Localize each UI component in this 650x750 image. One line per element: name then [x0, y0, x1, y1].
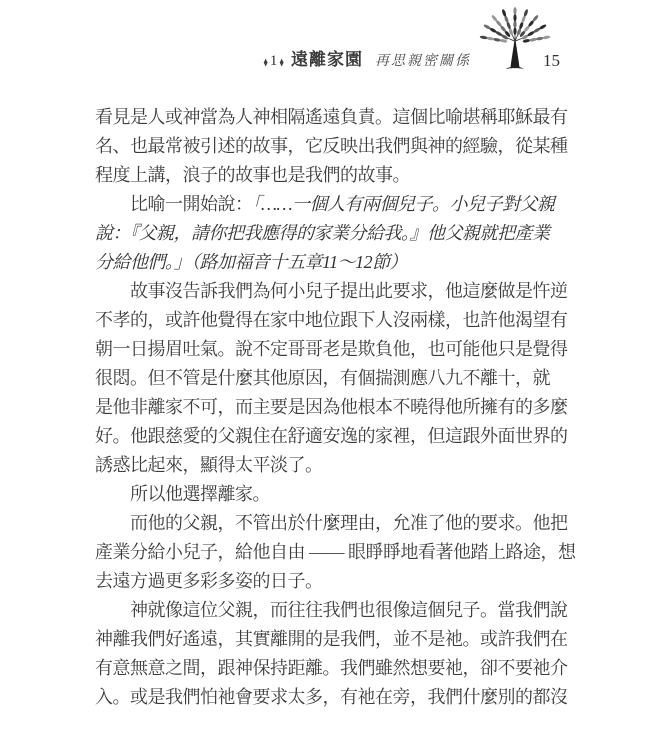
text-line: 分給他們。」（路加福音十五章11～12節） — [95, 248, 570, 277]
body-text: 看見是人或神當為人神相隔遙遠負責。這個比喻堪稱耶穌最有 名、也最常被引述的故事，… — [95, 103, 570, 712]
running-head: ♦ 1 ♦ 遠離家園 再思親密關係 — [261, 45, 471, 74]
text-line: 入。或是我們怕祂會要求太多，有祂在旁，我們什麼別的都沒 — [95, 683, 570, 712]
chapter-title: 遠離家園 — [291, 45, 363, 70]
text-line: 比喻一開始說：「……一個人有兩個兒子。小兒子對父親 — [95, 190, 570, 219]
text-line: 名、也最常被引述的故事，它反映出我們與神的經驗，從某種 — [95, 132, 570, 161]
leaf-ornament-icon: ♦ — [279, 55, 284, 70]
text-line: 朝一日揚眉吐氣。說不定哥哥老是欺負他，也可能他只是覺得 — [95, 335, 570, 364]
text-line: 神離我們好遙遠，其實離開的是我們，並不是祂。或許我們在 — [95, 625, 570, 654]
text-line: 產業分給小兒子，給他自由 —— 眼睜睜地看著他踏上路途，想 — [95, 538, 570, 567]
text-line: 不孝的，或許他覺得在家中地位跟下人沒兩樣，也許他渴望有 — [95, 306, 570, 335]
text-line: 神就像這位父親，而往往我們也很像這個兒子。當我們說 — [95, 596, 570, 625]
text-line: 有意無意之間，跟神保持距離。我們雖然想要祂，卻不要祂介 — [95, 654, 570, 683]
text-line: 去遠方過更多彩多姿的日子。 — [95, 567, 570, 596]
page-header: ♦ 1 ♦ 遠離家園 再思親密關係 — [261, 0, 560, 74]
text-line: 很悶。但不管是什麼其他原因，有個揣測應八九不離十，就 — [95, 364, 570, 393]
quote-lead: 比喻一開始說： — [130, 194, 253, 214]
text-line: 好。他跟慈愛的父親住在舒適安逸的家裡，但這跟外面世界的 — [95, 422, 570, 451]
text-line: 而他的父親，不管出於什麼理由，允准了他的要求。他把 — [95, 509, 570, 538]
text-line: 誘惑比起來，顯得太平淡了。 — [95, 451, 570, 480]
tree-icon — [473, 4, 557, 74]
leaf-ornament-icon: ♦ — [263, 55, 268, 70]
text-line: 說：『父親，請你把我應得的家業分給我。』他父親就把產業 — [95, 219, 570, 248]
text-line: 是他非離家不可，而主要是因為他根本不曉得他所擁有的多麼 — [95, 393, 570, 422]
scripture-quote: 「……一個人有兩個兒子。小兒子對父親 — [253, 194, 555, 214]
chapter-number: 1 — [270, 53, 278, 70]
text-line: 故事沒告訴我們為何小兒子提出此要求，他這麼做是忤逆 — [95, 277, 570, 306]
section-title: 再思親密關係 — [375, 50, 471, 70]
text-line: 程度上講，浪子的故事也是我們的故事。 — [95, 161, 570, 190]
text-line: 所以他選擇離家。 — [95, 480, 570, 509]
text-line: 看見是人或神當為人神相隔遙遠負責。這個比喻堪稱耶穌最有 — [95, 103, 570, 132]
book-page: ♦ 1 ♦ 遠離家園 再思親密關係 — [0, 0, 650, 750]
